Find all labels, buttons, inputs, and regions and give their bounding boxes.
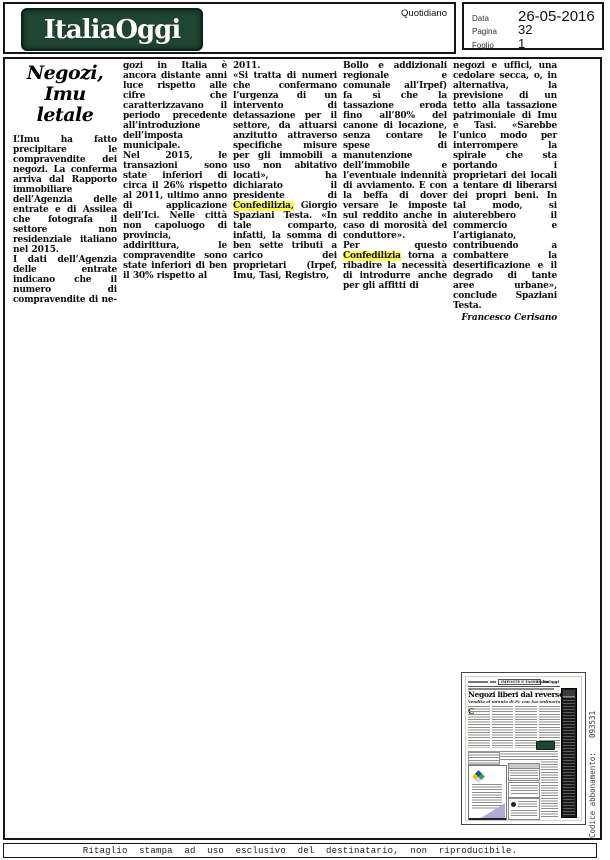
thumbnail-circle-logo [511,802,516,807]
thumbnail-notice-text [511,785,538,795]
thumbnail-purple-triangle [481,803,505,818]
thumbnail-text-column [515,706,537,748]
highlighted-keyword: Confedilizia, [233,201,294,211]
page-label: Pagina [472,27,518,36]
thumbnail-small-box [468,751,500,765]
publication-type-label: Quotidiano [401,8,447,19]
thumbnail-subtitle: Vendite al minuto di Pc con Iva ordinari… [468,700,548,705]
thumbnail-diamond-logo [472,770,485,783]
thumbnail-notice-box-1 [508,763,540,781]
article-byline: Francesco Cerisano [453,313,557,323]
date-label: Data [472,14,518,23]
article-paragraph: negozi e uffici, una cedolare secca, o, … [453,61,557,311]
thumbnail-notice-header [509,764,539,769]
thumbnail-text-lines [541,751,558,818]
article-column-1: Negozi,Imu letale L’Imu ha fatto precipi… [13,61,117,323]
thumbnail-text-column [492,706,514,748]
thumbnail-green-logo [536,741,555,750]
thumbnail-notice-box-3 [508,798,540,820]
article-paragraph: I dati dell’Agenzia delle entrate indica… [13,255,117,305]
article-paragraph: 2011. [233,61,337,71]
thumbnail-masthead: ItaliaOggi [536,679,559,684]
thumbnail-page: IMPOSTE E TASSE ItaliaOggi Negozi liberi… [465,676,582,821]
sheet-label: Foglio [472,41,518,50]
thumbnail-ad-box [468,765,507,820]
sheet-value: 1 [518,36,525,51]
thumbnail-notice-box-2 [508,782,540,798]
article-column-2: gozi in Italia è ancora distante anni lu… [123,61,227,323]
article-title: Negozi,Imu letale [13,63,117,126]
footer-disclaimer: Ritaglio stampa ad uso esclusivo del des… [83,846,517,856]
article-paragraph: «Si tratta di numeri che confermano l’ur… [233,71,337,281]
highlighted-keyword: Confedilizia [343,251,401,261]
thumbnail-dark-sidebar-header [563,690,575,697]
newspaper-page-thumbnail: IMPOSTE E TASSE ItaliaOggi Negozi liberi… [461,672,586,825]
paragraph-text: Giorgio Spaziani Testa. «In tale compart… [233,201,337,281]
article-paragraph: Bollo e addizionali regionale e comunale… [343,61,447,241]
article-columns: Negozi,Imu letale L’Imu ha fatto precipi… [13,61,557,323]
thumbnail-notice-text [511,810,537,817]
article-paragraph: L’Imu ha fatto precipitare le compravend… [13,135,117,255]
subscription-code: Codice abbonamento:093531 [588,688,600,838]
article-title-line1: Negozi, [27,62,104,84]
publication-meta-box: Data 26-05-2016 Pagina 32 Foglio 1 [462,2,604,50]
thumbnail-text-column [468,706,490,748]
paragraph-text: «Si tratta di numeri che confermano l’ur… [233,71,337,201]
article-title-line2: Imu letale [37,83,94,126]
article-paragraph: Nel 2015, le transazioni sono state infe… [123,151,227,281]
footer-strip: Ritaglio stampa ad uso esclusivo del des… [3,843,597,858]
article-column-4: Bollo e addizionali regionale e comunale… [343,61,447,323]
article-paragraph: Per questo Confedilizia torna a ribadire… [343,241,447,291]
press-clipping-page: ItaliaOggi Quotidiano Data 26-05-2016 Pa… [0,0,610,860]
subscription-code-label: Codice abbonamento: [588,752,597,838]
thumbnail-notice-text [518,801,537,808]
meta-row-date: Data 26-05-2016 [472,8,602,22]
meta-row-sheet: Foglio 1 [472,36,602,50]
thumbnail-ad-bottom-bar [469,818,506,820]
thumbnail-notice-text [510,770,538,779]
thumbnail-rule [490,681,496,683]
thumbnail-dark-sidebar-text [563,697,575,815]
brand-name: ItaliaOggi [44,15,181,45]
article-column-5: negozi e uffici, una cedolare secca, o, … [453,61,557,323]
article-paragraph: gozi in Italia è ancora distante anni lu… [123,61,227,151]
thumbnail-dateline-bar [468,681,488,683]
thumbnail-section-label: IMPOSTE E TASSE [498,679,541,685]
subscription-code-value: 093531 [588,711,597,738]
paragraph-text: Per questo [343,241,447,251]
thumbnail-horizontal-rule [468,686,560,687]
article-column-3: 2011. «Si tratta di numeri che conferman… [233,61,337,323]
masthead-box: ItaliaOggi Quotidiano [3,2,456,54]
thumbnail-headline: Negozi liberi dal reverse [468,691,561,699]
page-value: 32 [518,22,532,37]
italiaoggi-logo: ItaliaOggi [21,8,203,51]
thumbnail-dark-sidebar [561,688,577,818]
